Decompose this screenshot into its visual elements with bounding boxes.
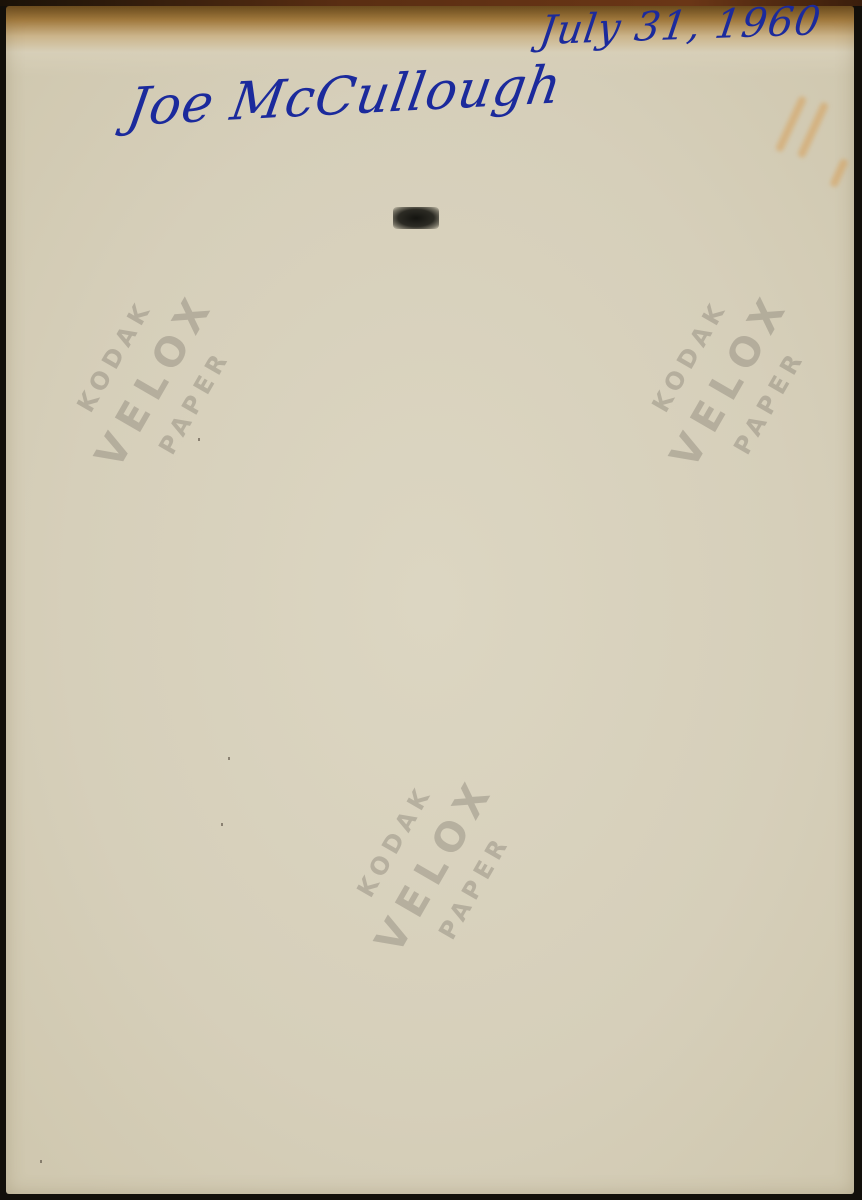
paper-speck <box>198 438 200 441</box>
paper-speck <box>40 1160 42 1163</box>
ink-smudge <box>393 207 439 229</box>
photo-back-paper <box>6 6 854 1194</box>
stain-marks <box>775 88 845 178</box>
paper-speck <box>228 757 230 760</box>
paper-speck <box>221 823 223 826</box>
